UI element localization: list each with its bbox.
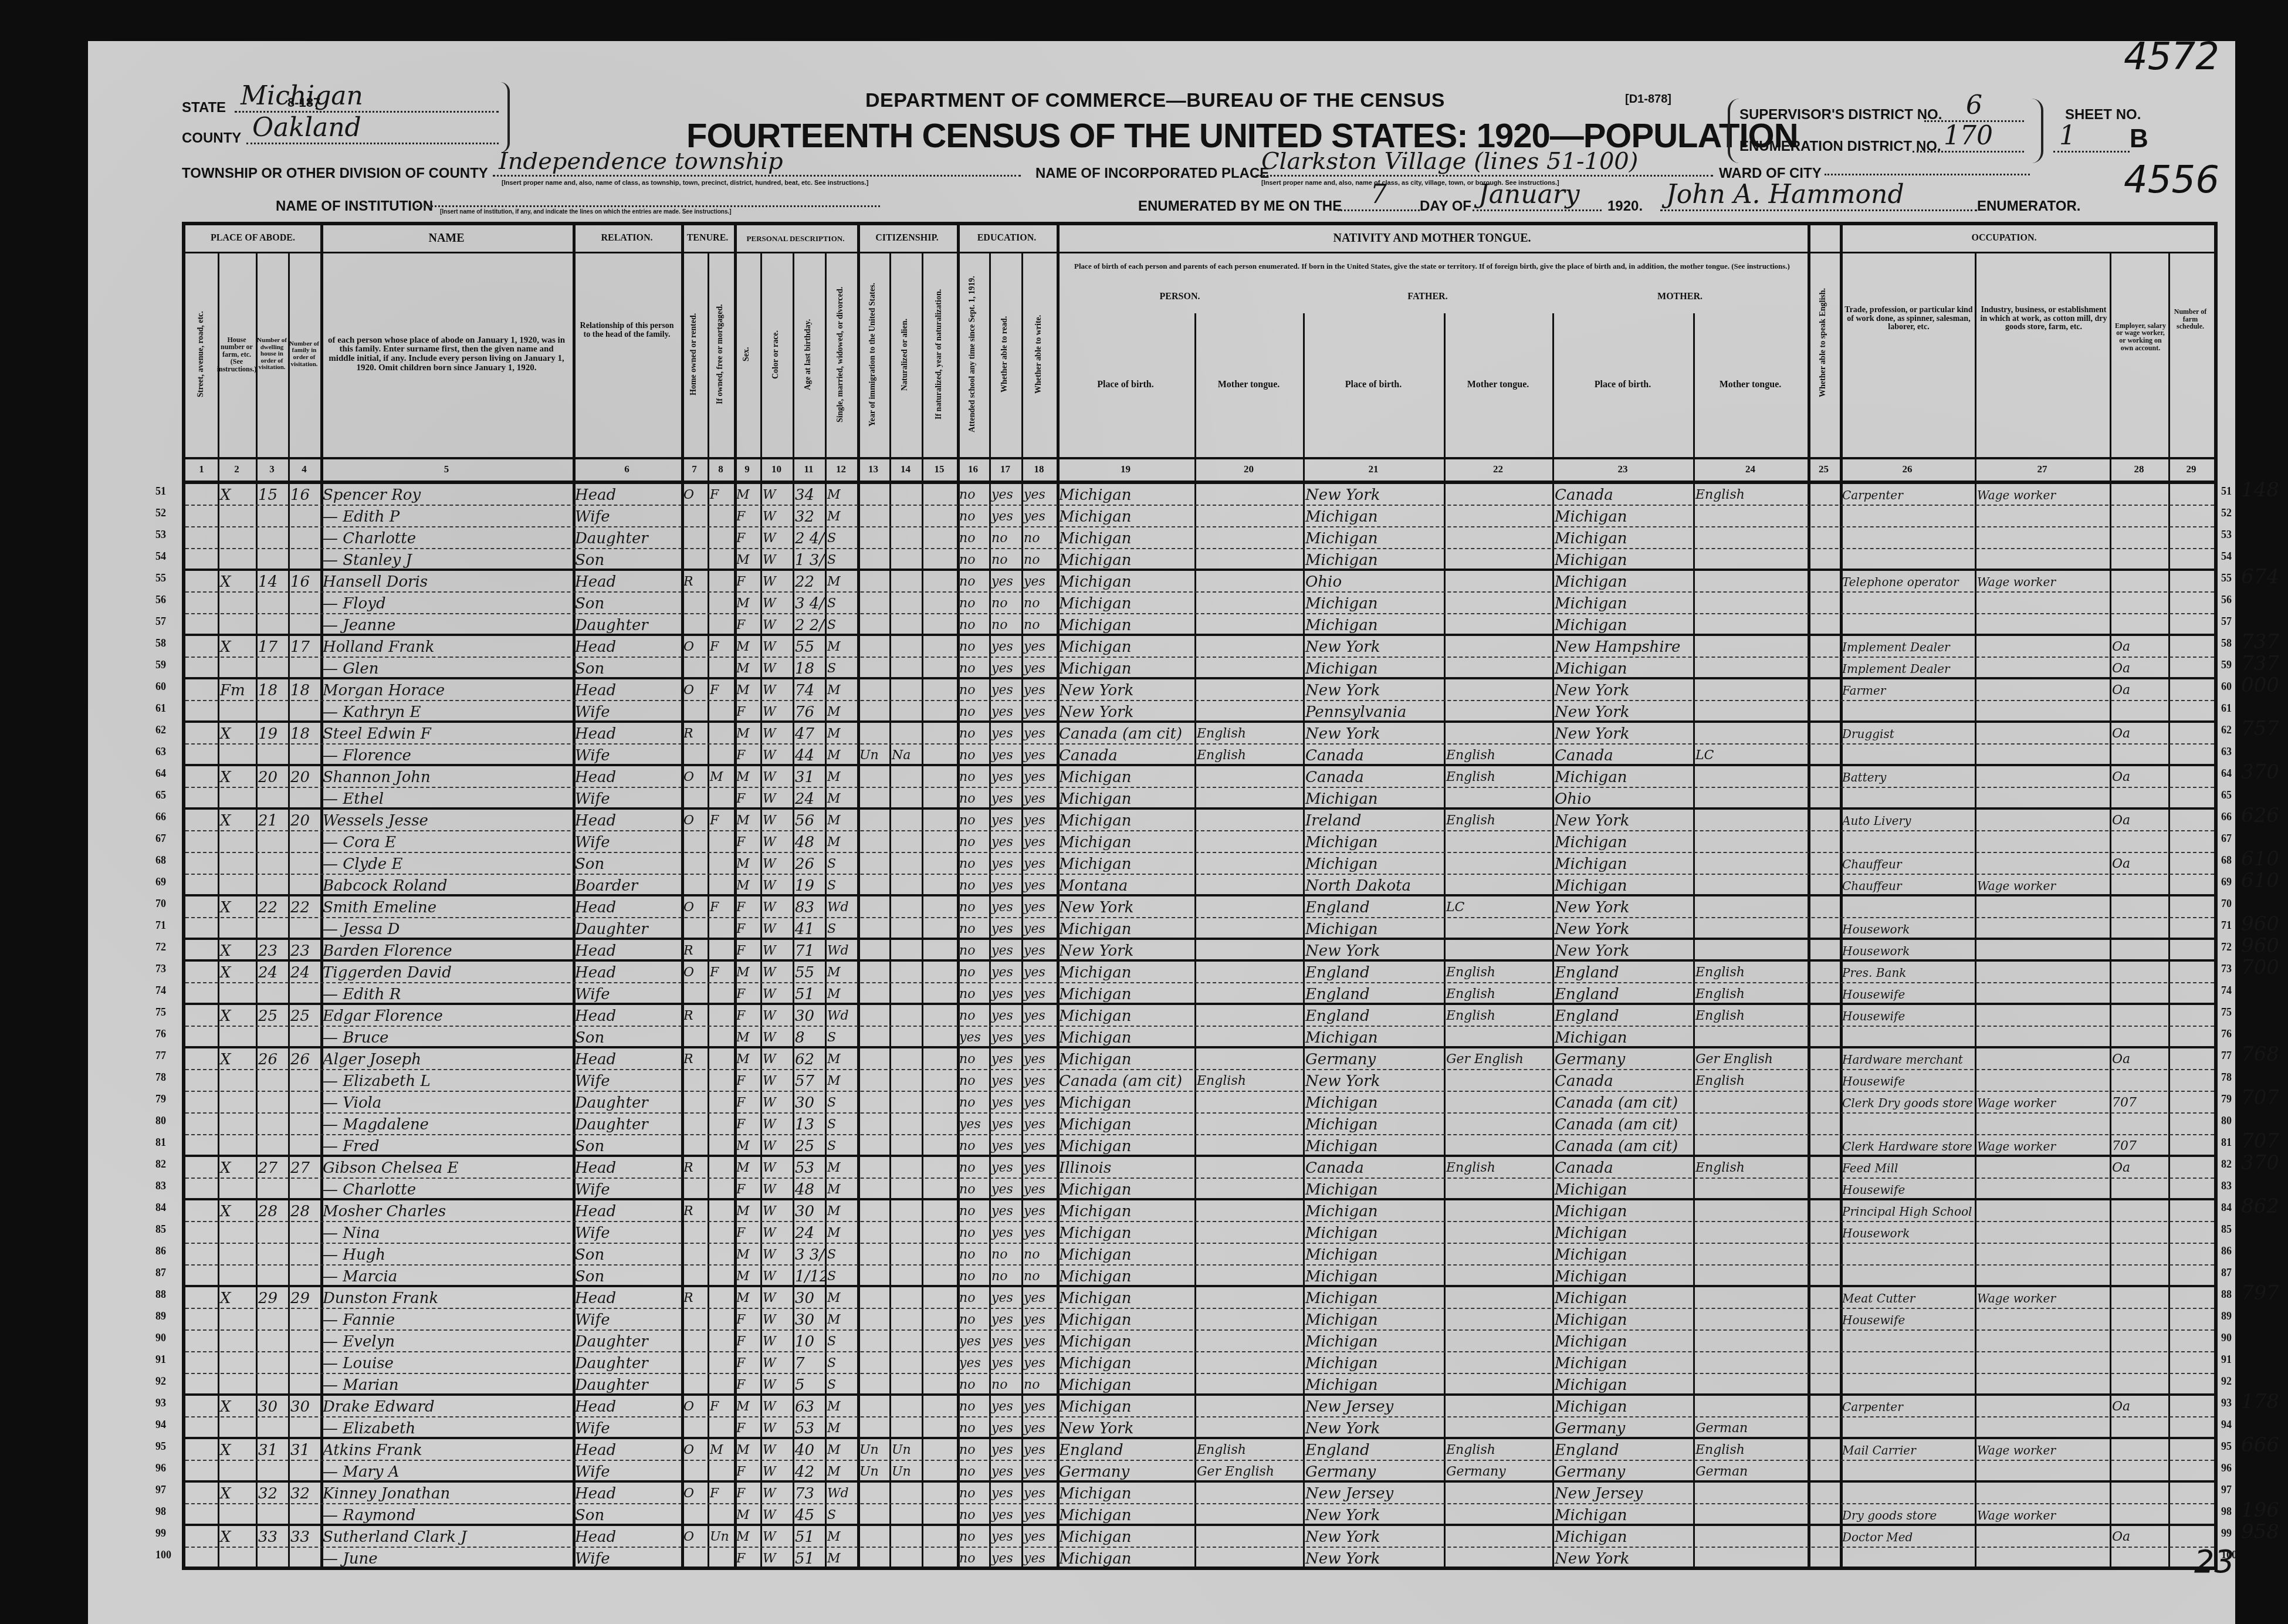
cell-h (256, 1092, 288, 1112)
cell-mort (708, 1504, 734, 1525)
cell-bp: Michigan (1057, 593, 1194, 613)
cell-ms: S (825, 593, 857, 613)
cell-sex: F (734, 1179, 760, 1199)
cell-emp (2110, 484, 2168, 505)
cell-ms: M (825, 1048, 857, 1069)
cell-f: 28 (288, 1200, 320, 1221)
cell-sex: F (734, 1461, 760, 1481)
cell-read: yes (989, 1461, 1021, 1481)
cell-read: yes (989, 1504, 1021, 1525)
cell-race: W (760, 1200, 793, 1221)
cell-fmt (1444, 1396, 1552, 1416)
cell-age: 53 (793, 1417, 825, 1438)
cell-name: — Cora E (320, 831, 573, 852)
cell-f (288, 1135, 320, 1156)
occupation-code: 178 (2241, 1390, 2279, 1413)
table-row: — ViolaDaughterFW30SnoyesyesMichiganMich… (185, 1092, 2214, 1114)
cell-write: yes (1021, 1092, 1057, 1112)
cell-race: W (760, 1461, 793, 1481)
cell-fmt (1444, 1244, 1552, 1264)
cell-race: W (760, 1048, 793, 1069)
cell-h: 21 (256, 810, 288, 830)
cell-mt (1194, 788, 1303, 808)
cell-write: no (1021, 549, 1057, 570)
cell-age: 51 (793, 983, 825, 1004)
cell-sex: M (734, 1244, 760, 1264)
cell-fbp: Ireland (1303, 810, 1444, 830)
cell-mmt (1693, 1266, 1808, 1286)
cell-mt: English (1194, 1070, 1303, 1091)
cell-dw (218, 983, 256, 1004)
cell-trade: Pres. Bank (1840, 962, 1975, 982)
cell-rel: Son (573, 593, 681, 613)
cell-emp: Oa (2110, 766, 2168, 787)
cell-mt (1194, 983, 1303, 1004)
cell-age: 24 (793, 788, 825, 808)
cell-write: yes (1021, 1005, 1057, 1026)
cell-h: 26 (256, 1048, 288, 1069)
cell-mbp: Michigan (1552, 549, 1693, 570)
cell-sex: M (734, 962, 760, 982)
cell-nat (889, 701, 922, 722)
cell-rel: Head (573, 1439, 681, 1460)
cell-sex: M (734, 1504, 760, 1525)
cell-mbp: England (1552, 1005, 1693, 1026)
table-row: Babcock RolandBoarderMW19SnoyesyesMontan… (185, 875, 2214, 896)
line-number-left: 75 (155, 1006, 166, 1019)
cell-age: 25 (793, 1135, 825, 1156)
cell-ind (1975, 1157, 2110, 1178)
cell-dw (218, 1027, 256, 1047)
cell-sex: F (734, 918, 760, 939)
cell-mbp: Michigan (1552, 614, 1693, 635)
cell-mbp: New York (1552, 1548, 1693, 1568)
cell-ms: M (825, 701, 857, 722)
cell-age: 73 (793, 1483, 825, 1503)
cell-mort (708, 1374, 734, 1395)
cell-bp: Michigan (1057, 1200, 1194, 1221)
cell-ind (1975, 1309, 2110, 1329)
cell-school: no (957, 1048, 989, 1069)
line-number-left: 52 (155, 507, 166, 519)
line-number: 92 (2221, 1375, 2232, 1388)
cell-write: yes (1021, 1179, 1057, 1199)
cell-rel: Wife (573, 701, 681, 722)
cell-dw (218, 1504, 256, 1525)
cell-nat (889, 1374, 922, 1395)
cell-fbp: New York (1303, 679, 1444, 700)
cell-mt (1194, 527, 1303, 548)
cell-own (681, 1070, 708, 1091)
cell-imm (857, 918, 889, 939)
cell-ms: Wd (825, 896, 857, 917)
cell-mmt (1693, 918, 1808, 939)
line-number-left: 88 (155, 1288, 166, 1301)
header-marital: Single, married, widowed, or divorced. (825, 255, 857, 454)
table-row: X1516Spencer RoyHeadOFMW34MnoyesyesMichi… (185, 484, 2214, 506)
cell-name: — Charlotte (320, 527, 573, 548)
cell-bp: Michigan (1057, 1135, 1194, 1156)
line-number: 82 (2221, 1158, 2232, 1170)
cell-mort (708, 1070, 734, 1091)
cell-mbp: Michigan (1552, 1309, 1693, 1329)
cell-age: 44 (793, 745, 825, 765)
cell-dw (218, 1548, 256, 1568)
cell-sex: M (734, 549, 760, 570)
cell-nat (889, 1396, 922, 1416)
cell-trade: Clerk Dry goods store (1840, 1092, 1975, 1112)
cell-write: yes (1021, 1548, 1057, 1568)
cell-name: — Marcia (320, 1266, 573, 1286)
cell-own (681, 1374, 708, 1395)
cell-school: no (957, 1483, 989, 1503)
cell-mbp: New York (1552, 701, 1693, 722)
header-relation-sub: Relationship of this person to the head … (576, 296, 678, 366)
cell-h: 32 (256, 1483, 288, 1503)
cell-fmt (1444, 1070, 1552, 1091)
cell-fbp: England (1303, 983, 1444, 1004)
cell-fbp: Germany (1303, 1048, 1444, 1069)
cell-ind: Wage worker (1975, 1092, 2110, 1112)
cell-fmt (1444, 701, 1552, 722)
cell-nat (889, 636, 922, 657)
cell-f: 18 (288, 679, 320, 700)
cell-race: W (760, 1352, 793, 1373)
cell-mbp: New York (1552, 918, 1693, 939)
cell-trade: Chauffeur (1840, 853, 1975, 874)
cell-fbp: Michigan (1303, 549, 1444, 570)
cell-mt (1194, 614, 1303, 635)
cell-age: 13 (793, 1114, 825, 1134)
cell-emp (2110, 1352, 2168, 1373)
table-row: — Cora EWifeFW48MnoyesyesMichiganMichiga… (185, 831, 2214, 853)
cell-own: R (681, 571, 708, 591)
corner-stamp-number: 4572 (2124, 35, 2219, 79)
cell-trade: Feed Mill (1840, 1157, 1975, 1178)
cell-race: W (760, 1526, 793, 1547)
cell-mort (708, 723, 734, 743)
cell-race: W (760, 723, 793, 743)
cell-ind (1975, 853, 2110, 874)
table-row: X3030Drake EdwardHeadOFMW63MnoyesyesMich… (185, 1396, 2214, 1417)
cell-mt (1194, 918, 1303, 939)
cell-mbp: Michigan (1552, 1374, 1693, 1395)
cell-nat (889, 1222, 922, 1243)
column-number: 11 (793, 459, 825, 480)
column-number: 12 (825, 459, 857, 480)
column-number: 27 (1975, 459, 2110, 480)
cell-nat (889, 1352, 922, 1373)
cell-ind (1975, 1374, 2110, 1395)
cell-race: W (760, 593, 793, 613)
cell-emp (2110, 1309, 2168, 1329)
cell-school: no (957, 1461, 989, 1481)
cell-mort (708, 614, 734, 635)
cell-own: R (681, 940, 708, 960)
institution-hint: [Insert name of institution, if any, and… (440, 209, 732, 215)
header-read: Whether able to read. (989, 255, 1021, 454)
cell-race: W (760, 484, 793, 505)
cell-mt (1194, 1396, 1303, 1416)
cell-fbp: Michigan (1303, 1309, 1444, 1329)
cell-fbp: Michigan (1303, 918, 1444, 939)
cell-emp: Oa (2110, 658, 2168, 678)
cell-mt (1194, 1005, 1303, 1026)
cell-ms: M (825, 1548, 857, 1568)
cell-fmt (1444, 658, 1552, 678)
cell-fmt (1444, 571, 1552, 591)
header-father-birthplace: Place of birth. (1303, 313, 1444, 457)
cell-f: 24 (288, 962, 320, 982)
cell-name: Holland Frank (320, 636, 573, 657)
cell-age: 63 (793, 1396, 825, 1416)
enumerated-label: ENUMERATED BY ME ON THE (1138, 198, 1342, 215)
cell-fbp: New York (1303, 723, 1444, 743)
cell-ms: S (825, 1504, 857, 1525)
cell-h (256, 875, 288, 895)
cell-school: no (957, 1417, 989, 1438)
cell-age: 57 (793, 1070, 825, 1091)
cell-read: yes (989, 853, 1021, 874)
cell-sex: F (734, 1331, 760, 1351)
cell-fbp: Michigan (1303, 1027, 1444, 1047)
cell-mt (1194, 484, 1303, 505)
cell-h: 18 (256, 679, 288, 700)
cell-imm (857, 1504, 889, 1525)
cell-ms: S (825, 1244, 857, 1264)
cell-ms: M (825, 1461, 857, 1481)
cell-f (288, 853, 320, 874)
township-label: TOWNSHIP OR OTHER DIVISION OF COUNTY (182, 165, 488, 182)
cell-rel: Son (573, 1135, 681, 1156)
cell-f (288, 1374, 320, 1395)
cell-emp (2110, 831, 2168, 852)
cell-h (256, 1352, 288, 1373)
cell-imm (857, 527, 889, 548)
cell-age: 55 (793, 636, 825, 657)
cell-school: no (957, 549, 989, 570)
cell-dw (218, 658, 256, 678)
cell-read: yes (989, 745, 1021, 765)
line-number: 66 (2221, 811, 2232, 823)
cell-mbp: Michigan (1552, 1179, 1693, 1199)
occupation-code: 610 (2241, 869, 2279, 892)
cell-rel: Wife (573, 1222, 681, 1243)
cell-mbp: Canada (1552, 1157, 1693, 1178)
cell-ms: M (825, 484, 857, 505)
cell-mbp: Michigan (1552, 1331, 1693, 1351)
table-row: — EthelWifeFW24MnoyesyesMichiganMichigan… (185, 788, 2214, 810)
cell-write: yes (1021, 1200, 1057, 1221)
line-number: 52 (2221, 507, 2232, 519)
column-number: 25 (1808, 459, 1840, 480)
cell-read: yes (989, 701, 1021, 722)
cell-age: 30 (793, 1005, 825, 1026)
cell-name: — Kathryn E (320, 701, 573, 722)
cell-race: W (760, 831, 793, 852)
cell-read: yes (989, 1417, 1021, 1438)
cell-trade: Implement Dealer (1840, 658, 1975, 678)
header-immigration-year: Year of immigration to the United States… (857, 255, 889, 454)
cell-read: yes (989, 1092, 1021, 1112)
cell-name: — Edith P (320, 506, 573, 526)
cell-write: yes (1021, 1439, 1057, 1460)
cell-mt (1194, 940, 1303, 960)
cell-write: yes (1021, 810, 1057, 830)
cell-imm (857, 1548, 889, 1568)
cell-imm (857, 896, 889, 917)
cell-trade: Housewife (1840, 1005, 1975, 1026)
cell-f (288, 701, 320, 722)
cell-name: — Evelyn (320, 1331, 573, 1351)
cell-mt (1194, 506, 1303, 526)
cell-ms: M (825, 506, 857, 526)
cell-nat (889, 1483, 922, 1503)
header-naturalized: Naturalized or alien. (889, 255, 922, 454)
cell-own (681, 506, 708, 526)
cell-imm (857, 1331, 889, 1351)
occupation-code: 370 (2241, 760, 2279, 784)
line-number-left: 77 (155, 1050, 166, 1062)
table-row: X2929Dunston FrankHeadRMW30MnoyesyesMich… (185, 1287, 2214, 1309)
cell-age: 47 (793, 723, 825, 743)
occupation-code: 674 (2241, 565, 2279, 588)
cell-write: yes (1021, 571, 1057, 591)
cell-dw (218, 1309, 256, 1329)
cell-bp: Michigan (1057, 1526, 1194, 1547)
cell-emp (2110, 549, 2168, 570)
header-owned-rented: Home owned or rented. (681, 255, 708, 454)
header-dwelling-number: Number of dwelling house in order of vis… (256, 255, 288, 454)
cell-nat: Na (889, 745, 922, 765)
cell-school: no (957, 1092, 989, 1112)
cell-trade: Telephone operator (1840, 571, 1975, 591)
cell-nat (889, 1266, 922, 1286)
cell-mmt (1693, 1352, 1808, 1373)
cell-own (681, 1504, 708, 1525)
cell-rel: Head (573, 1157, 681, 1178)
cell-school: no (957, 658, 989, 678)
cell-h (256, 918, 288, 939)
cell-own: O (681, 810, 708, 830)
cell-emp (2110, 1070, 2168, 1091)
cell-mt (1194, 962, 1303, 982)
cell-own (681, 1092, 708, 1112)
cell-h (256, 1331, 288, 1351)
cell-fmt: English (1444, 962, 1552, 982)
cell-mort (708, 1092, 734, 1112)
cell-ind (1975, 1200, 2110, 1221)
cell-f (288, 1352, 320, 1373)
cell-trade (1840, 831, 1975, 852)
cell-f: 18 (288, 723, 320, 743)
cell-fbp: England (1303, 1439, 1444, 1460)
cell-mt (1194, 1548, 1303, 1568)
cell-name: — Fannie (320, 1309, 573, 1329)
cell-bp: Michigan (1057, 1483, 1194, 1503)
line-number: 83 (2221, 1180, 2232, 1192)
cell-mt (1194, 766, 1303, 787)
cell-mmt (1693, 1504, 1808, 1525)
cell-rel: Wife (573, 1417, 681, 1438)
cell-fbp: Michigan (1303, 1135, 1444, 1156)
cell-mmt (1693, 766, 1808, 787)
cell-f (288, 1179, 320, 1199)
cell-h (256, 1135, 288, 1156)
cell-emp: Oa (2110, 723, 2168, 743)
cell-own (681, 593, 708, 613)
cell-fmt: English (1444, 1157, 1552, 1178)
cell-mort (708, 940, 734, 960)
cell-read: yes (989, 679, 1021, 700)
cell-rel: Daughter (573, 1092, 681, 1112)
table-row: — LouiseDaughterFW7SyesyesyesMichiganMic… (185, 1352, 2214, 1374)
cell-school: no (957, 853, 989, 874)
cell-rel: Daughter (573, 918, 681, 939)
column-number: 16 (957, 459, 989, 480)
cell-rel: Son (573, 1504, 681, 1525)
cell-bp: Michigan (1057, 918, 1194, 939)
cell-race: W (760, 1070, 793, 1091)
cell-school: no (957, 1266, 989, 1286)
cell-ms: M (825, 1222, 857, 1243)
cell-mbp: Michigan (1552, 571, 1693, 591)
cell-rel: Wife (573, 506, 681, 526)
line-number-left: 59 (155, 659, 166, 671)
occupation-code: 610 (2241, 847, 2279, 871)
cell-mort: M (708, 1439, 734, 1460)
cell-nat (889, 593, 922, 613)
cell-write: yes (1021, 658, 1057, 678)
cell-ind (1975, 679, 2110, 700)
cell-read: yes (989, 940, 1021, 960)
cell-dw: X (218, 896, 256, 917)
cell-mort (708, 745, 734, 765)
cell-mmt: English (1693, 1070, 1808, 1091)
header-place-of-abode: PLACE OF ABODE. (185, 225, 320, 252)
cell-h (256, 1461, 288, 1481)
cell-write: yes (1021, 831, 1057, 852)
cell-ms: Wd (825, 1005, 857, 1026)
cell-school: no (957, 1396, 989, 1416)
cell-dw: X (218, 1287, 256, 1308)
cell-dw: X (218, 636, 256, 657)
table-row: — JuneWifeFW51MnoyesyesMichiganNew YorkN… (185, 1548, 2214, 1569)
cell-nat (889, 484, 922, 505)
cell-age: 51 (793, 1526, 825, 1547)
cell-sex: M (734, 1439, 760, 1460)
cell-mort (708, 983, 734, 1004)
cell-mort: M (708, 766, 734, 787)
cell-imm (857, 1114, 889, 1134)
cell-school: no (957, 831, 989, 852)
cell-mt (1194, 1266, 1303, 1286)
cell-mort: F (708, 1483, 734, 1503)
cell-write: yes (1021, 1504, 1057, 1525)
cell-imm (857, 723, 889, 743)
cell-school: no (957, 527, 989, 548)
line-number: 67 (2221, 833, 2232, 845)
line-number: 98 (2221, 1505, 2232, 1518)
cell-dw (218, 1179, 256, 1199)
cell-mt (1194, 1483, 1303, 1503)
cell-nat (889, 1114, 922, 1134)
cell-school: no (957, 1374, 989, 1395)
cell-imm (857, 962, 889, 982)
column-number: 6 (573, 459, 681, 480)
cell-fbp: New Jersey (1303, 1483, 1444, 1503)
cell-dw (218, 1222, 256, 1243)
